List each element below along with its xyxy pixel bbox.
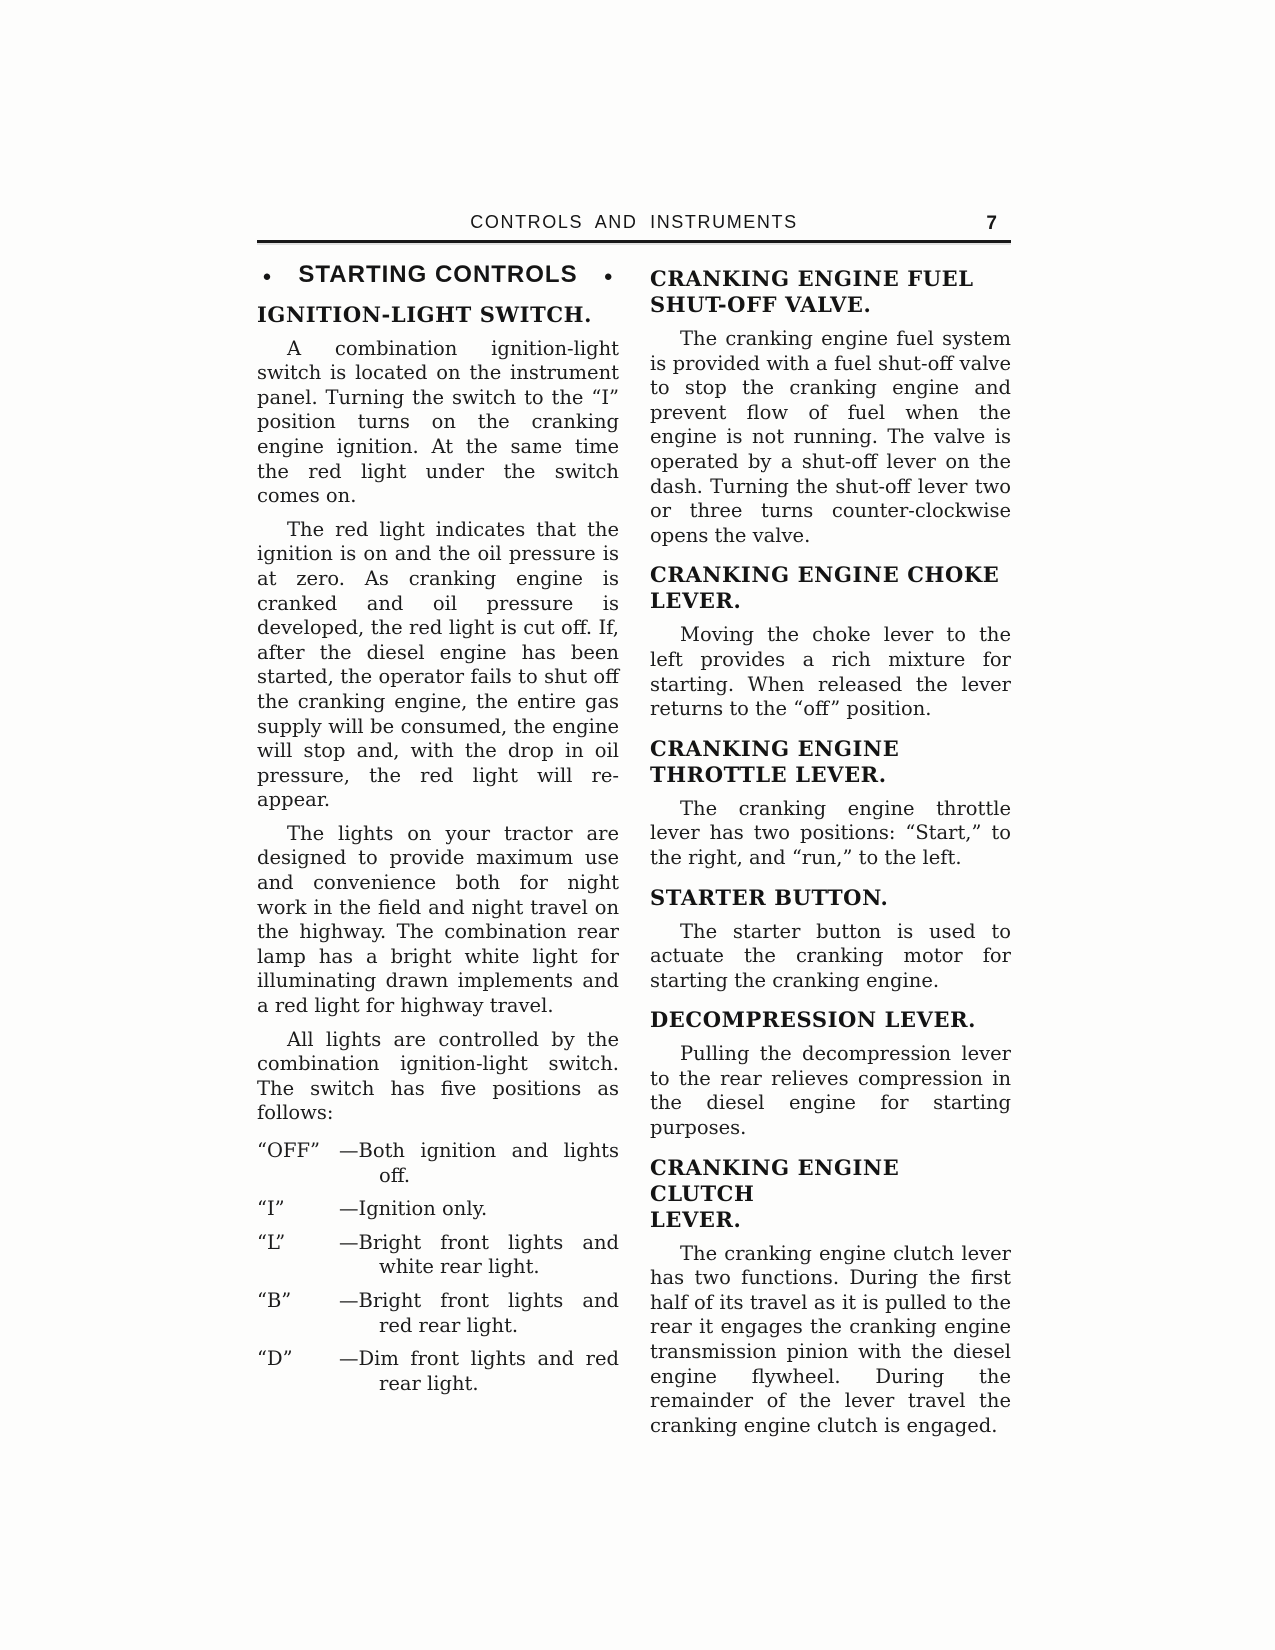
running-header-title: CONTROLS AND INSTRUMENTS: [257, 212, 1011, 233]
heading-choke-lever: CRANKING ENGINE CHOKE LEVER.: [650, 562, 1011, 614]
left-column: ●STARTING CONTROLS● IGNITION-LIGHT SWITC…: [257, 260, 619, 1447]
paragraph-choke-lever: Moving the choke lever to the left provi…: [650, 623, 1011, 721]
two-column-body: ●STARTING CONTROLS● IGNITION-LIGHT SWITC…: [257, 260, 1011, 1447]
paragraph-ignition-2: The red light indicates that the ignitio…: [257, 518, 619, 813]
paragraph-fuel-shut-off-valve: The cranking engine fuel system is provi…: [650, 327, 1011, 548]
switch-position-term: “D”: [257, 1347, 339, 1396]
switch-position-term: “I”: [257, 1197, 339, 1222]
switch-position-l: “L” —Bright front lights and white rear …: [257, 1231, 619, 1280]
heading-clutch-lever: CRANKING ENGINE CLUTCH LEVER.: [650, 1155, 1011, 1233]
page-content: CONTROLS AND INSTRUMENTS 7 ●STARTING CON…: [257, 212, 1011, 1447]
switch-position-i: “I” —Ignition only.: [257, 1197, 619, 1222]
paragraph-starter-button: The starter button is used to actuate th…: [650, 920, 1011, 994]
switch-position-term: “OFF”: [257, 1139, 339, 1188]
bullet-icon: ●: [262, 269, 272, 284]
paragraph-clutch-lever: The cranking engine clutch lever has two…: [650, 1242, 1011, 1439]
starting-controls-title: STARTING CONTROLS: [298, 263, 577, 288]
switch-position-definition: —Bright front lights and red rear light.: [339, 1289, 619, 1338]
bullet-icon: ●: [604, 269, 614, 284]
switch-position-off: “OFF” —Both ignition and lights off.: [257, 1139, 619, 1188]
right-column: CRANKING ENGINE FUEL SHUT-OFF VALVE. The…: [650, 260, 1011, 1447]
header-rule: [257, 240, 1011, 243]
switch-position-definition: —Both ignition and lights off.: [339, 1139, 619, 1188]
heading-decompression-lever: DECOMPRESSION LEVER.: [650, 1007, 1011, 1033]
paragraph-throttle-lever: The cranking engine throttle lever has t…: [650, 797, 1011, 871]
switch-position-definition: —Dim front lights and red rear light.: [339, 1347, 619, 1396]
switch-position-term: “B”: [257, 1289, 339, 1338]
switch-position-b: “B” —Bright front lights and red rear li…: [257, 1289, 619, 1338]
manual-page: CONTROLS AND INSTRUMENTS 7 ●STARTING CON…: [0, 0, 1275, 1650]
running-header: CONTROLS AND INSTRUMENTS 7: [257, 212, 1011, 238]
page-number: 7: [986, 213, 997, 235]
heading-ignition-light-switch: IGNITION-LIGHT SWITCH.: [257, 302, 619, 328]
paragraph-lights-2: All lights are controlled by the combina…: [257, 1028, 619, 1126]
switch-position-definition: —Bright front lights and white rear ligh…: [339, 1231, 619, 1280]
paragraph-decompression-lever: Pulling the decompression lever to the r…: [650, 1042, 1011, 1140]
starting-controls-heading: ●STARTING CONTROLS●: [257, 263, 619, 288]
switch-positions-list: “OFF” —Both ignition and lights off. “I”…: [257, 1139, 619, 1396]
switch-position-d: “D” —Dim front lights and red rear light…: [257, 1347, 619, 1396]
heading-starter-button: STARTER BUTTON.: [650, 885, 1011, 911]
heading-throttle-lever: CRANKING ENGINE THROTTLE LEVER.: [650, 736, 1011, 788]
paragraph-lights-1: The lights on your tractor are designed …: [257, 822, 619, 1019]
heading-fuel-shut-off-valve: CRANKING ENGINE FUEL SHUT-OFF VALVE.: [650, 266, 1011, 318]
switch-position-term: “L”: [257, 1231, 339, 1280]
paragraph-ignition-1: A combination ignition-light switch is l…: [257, 337, 619, 509]
switch-position-definition: —Ignition only.: [339, 1197, 619, 1222]
